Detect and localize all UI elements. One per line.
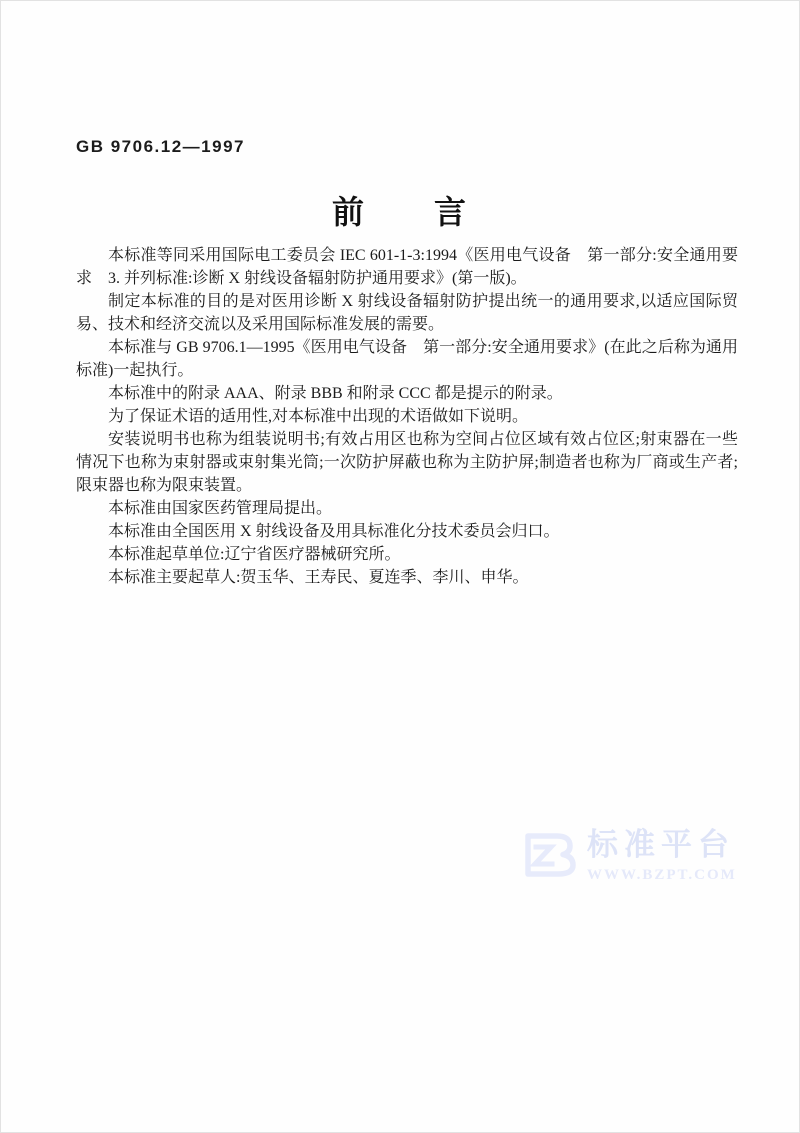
paragraph: 本标准等同采用国际电工委员会 IEC 601-1-3:1994《医用电气设备 第… [76,244,738,290]
watermark-brand-name: 标准平台 [587,827,737,863]
paragraph: 为了保证术语的适用性,对本标准中出现的术语做如下说明。 [76,405,738,428]
document-page: GB 9706.12—1997 前 言 本标准等同采用国际电工委员会 IEC 6… [0,0,800,1133]
page-title: 前 言 [1,187,799,233]
watermark-website: WWW.BZPT.COM [587,866,737,884]
paragraph: 本标准由国家医药管理局提出。 [76,497,738,520]
paragraph: 本标准主要起草人:贺玉华、王寿民、夏连季、李川、申华。 [76,566,738,589]
paragraph: 本标准中的附录 AAA、附录 BBB 和附录 CCC 都是提示的附录。 [76,382,738,405]
bzpt-logo-icon [522,831,580,879]
foreword-body: 本标准等同采用国际电工委员会 IEC 601-1-3:1994《医用电气设备 第… [76,244,738,589]
standard-number: GB 9706.12—1997 [76,137,245,157]
paragraph: 安装说明书也称为组装说明书;有效占用区也称为空间占位区域有效占位区;射束器在一些… [76,428,738,497]
paragraph: 制定本标准的目的是对医用诊断 X 射线设备辐射防护提出统一的通用要求,以适应国际… [76,290,738,336]
watermark: 标准平台 WWW.BZPT.COM [522,827,737,884]
paragraph: 本标准起草单位:辽宁省医疗器械研究所。 [76,543,738,566]
watermark-text-block: 标准平台 WWW.BZPT.COM [587,827,737,884]
paragraph: 本标准由全国医用 X 射线设备及用具标准化分技术委员会归口。 [76,520,738,543]
paragraph: 本标准与 GB 9706.1—1995《医用电气设备 第一部分:安全通用要求》(… [76,336,738,382]
